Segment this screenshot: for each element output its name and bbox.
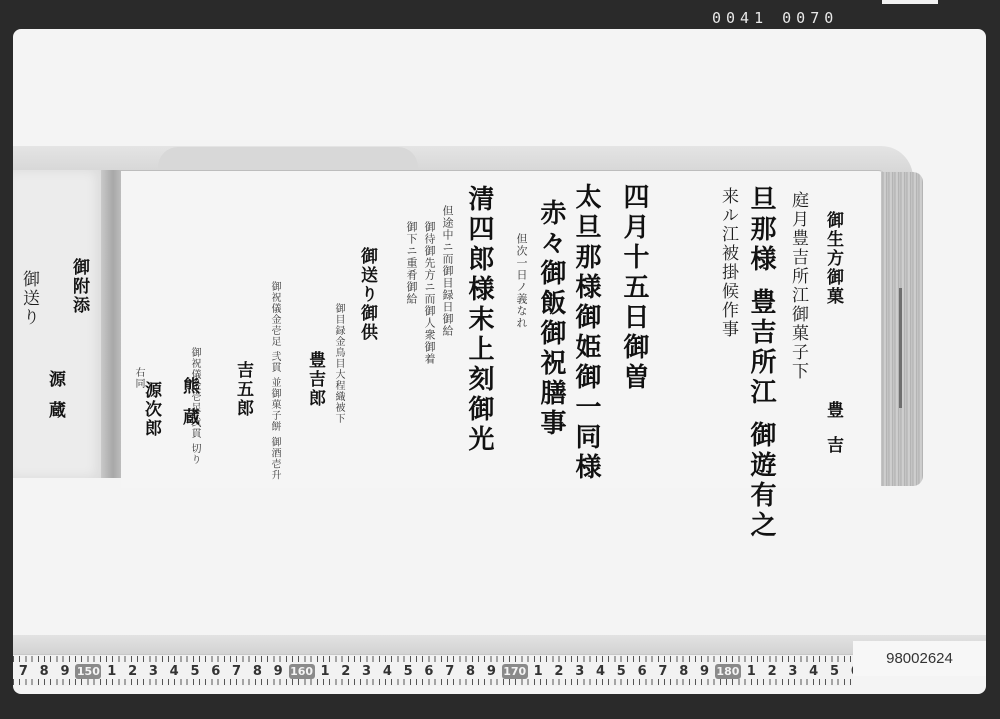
ruler-major-label: 150 bbox=[75, 664, 101, 679]
manuscript-book: 御附添 源蔵 御送り 御生方御菓 豊吉 庭月豊吉所江御菓子下 旦那様 豊吉所江 … bbox=[13, 170, 923, 488]
col-line-3: 庭月豊吉所江御菓子下 bbox=[786, 191, 811, 381]
ruler-label: 2 bbox=[335, 664, 356, 679]
ruler-label: 1 bbox=[741, 664, 762, 679]
ruler-label: 8 bbox=[460, 664, 481, 679]
ruler-label: 2 bbox=[122, 664, 143, 679]
ruler-label: 5 bbox=[398, 664, 419, 679]
col-line-13: 御下ニ重肴御給 bbox=[403, 221, 419, 305]
signature-name-4: 源次郎 bbox=[139, 381, 164, 438]
film-edge-tab bbox=[882, 0, 938, 4]
ruler-label: 1 bbox=[101, 664, 122, 679]
left-col-genzo: 源蔵 bbox=[43, 370, 68, 432]
measuring-ruler: 7 8 9 150 1 2 3 4 5 6 7 8 9 160 1 2 3 4 … bbox=[13, 654, 853, 686]
ruler-label: 8 bbox=[673, 664, 694, 679]
col-line-7: 太旦那様御姫御一同様 bbox=[568, 183, 605, 483]
ruler-label: 4 bbox=[377, 664, 398, 679]
ruler-label: 2 bbox=[762, 664, 783, 679]
signature-name-2: 吉五郎 bbox=[231, 361, 256, 418]
col-line-10: 清四郎様末上刻御光 bbox=[461, 185, 498, 455]
scan-plate: 御附添 源蔵 御送り 御生方御菓 豊吉 庭月豊吉所江御菓子下 旦那様 豊吉所江 … bbox=[13, 29, 986, 694]
ruler-label: 2 bbox=[549, 664, 570, 679]
ruler-label: 9 bbox=[481, 664, 502, 679]
ruler-labels: 7 8 9 150 1 2 3 4 5 6 7 8 9 160 1 2 3 4 … bbox=[13, 662, 853, 680]
ruler-major-label: 160 bbox=[289, 664, 315, 679]
ruler-label: 5 bbox=[824, 664, 845, 679]
left-page: 御附添 源蔵 御送り bbox=[13, 170, 103, 478]
signature-name-1: 豊吉郎 bbox=[303, 351, 328, 408]
bookmark-ribbon bbox=[899, 288, 902, 408]
ruler-label: 3 bbox=[356, 664, 377, 679]
ruler-label: 4 bbox=[590, 664, 611, 679]
ruler-label: 6 bbox=[205, 664, 226, 679]
col-line-9: 但次一日ノ義なれ bbox=[513, 233, 529, 329]
ruler-label: 8 bbox=[34, 664, 55, 679]
col-line-5: 来ル江被掛候作事 bbox=[716, 187, 741, 339]
ruler-label: 7 bbox=[226, 664, 247, 679]
ruler-label: 3 bbox=[569, 664, 590, 679]
left-col-otsukisoi: 御附添 bbox=[67, 258, 92, 315]
col-heading: 御生方御菓 bbox=[821, 211, 846, 306]
ruler-label: 9 bbox=[694, 664, 715, 679]
ruler-major-label: 170 bbox=[502, 664, 528, 679]
book-fore-edge bbox=[881, 172, 923, 486]
ruler-label: 5 bbox=[611, 664, 632, 679]
col-line-14: 御送り御供 bbox=[355, 247, 380, 342]
ruler-shadow bbox=[13, 635, 986, 655]
ruler-label: 8 bbox=[247, 664, 268, 679]
ruler-major-label: 180 bbox=[715, 664, 741, 679]
ruler-label: 7 bbox=[439, 664, 460, 679]
col-line-8: 赤々御飯御祝膳事 bbox=[533, 199, 570, 439]
ruler-label: 1 bbox=[315, 664, 336, 679]
col-line-12: 御待御先方ニ而御人衆御着 bbox=[421, 221, 437, 365]
ruler-label: 4 bbox=[164, 664, 185, 679]
right-page: 御生方御菓 豊吉 庭月豊吉所江御菓子下 旦那様 豊吉所江 御遊有之 来ル江被掛候… bbox=[121, 170, 886, 488]
ruler-label: 7 bbox=[13, 664, 34, 679]
col-date: 四月十五日御曽 bbox=[616, 183, 653, 393]
col-line-11: 但途中ニ而御目録日御給 bbox=[439, 205, 455, 337]
ruler-label: 1 bbox=[528, 664, 549, 679]
ruler-ticks-bottom bbox=[13, 679, 853, 685]
frame-counter: 0041 0070 bbox=[712, 8, 838, 28]
ruler-label: 7 bbox=[653, 664, 674, 679]
signature-note-1: 御目録金鳥目大程織被下 bbox=[331, 303, 346, 424]
ruler-label: 9 bbox=[268, 664, 289, 679]
catalog-id-label: 98002624 bbox=[853, 641, 986, 676]
ruler-label: 3 bbox=[783, 664, 804, 679]
ruler-label: 5 bbox=[185, 664, 206, 679]
ruler-label: 6 bbox=[632, 664, 653, 679]
ruler-label: 9 bbox=[55, 664, 76, 679]
signature-note-2: 御祝儀金壱足 弐貫 並御菓子餅 御酒壱升 bbox=[267, 281, 282, 481]
signature-name-3: 熊蔵 bbox=[177, 377, 202, 439]
ruler-label: 4 bbox=[803, 664, 824, 679]
ruler-label: 3 bbox=[143, 664, 164, 679]
ruler-label: 6 bbox=[419, 664, 440, 679]
left-col-ookuri: 御送り bbox=[17, 270, 42, 327]
book-gutter bbox=[101, 170, 123, 478]
col-line-4: 旦那様 豊吉所江 御遊有之 bbox=[743, 185, 780, 541]
col-toyokichi: 豊吉 bbox=[821, 401, 846, 471]
